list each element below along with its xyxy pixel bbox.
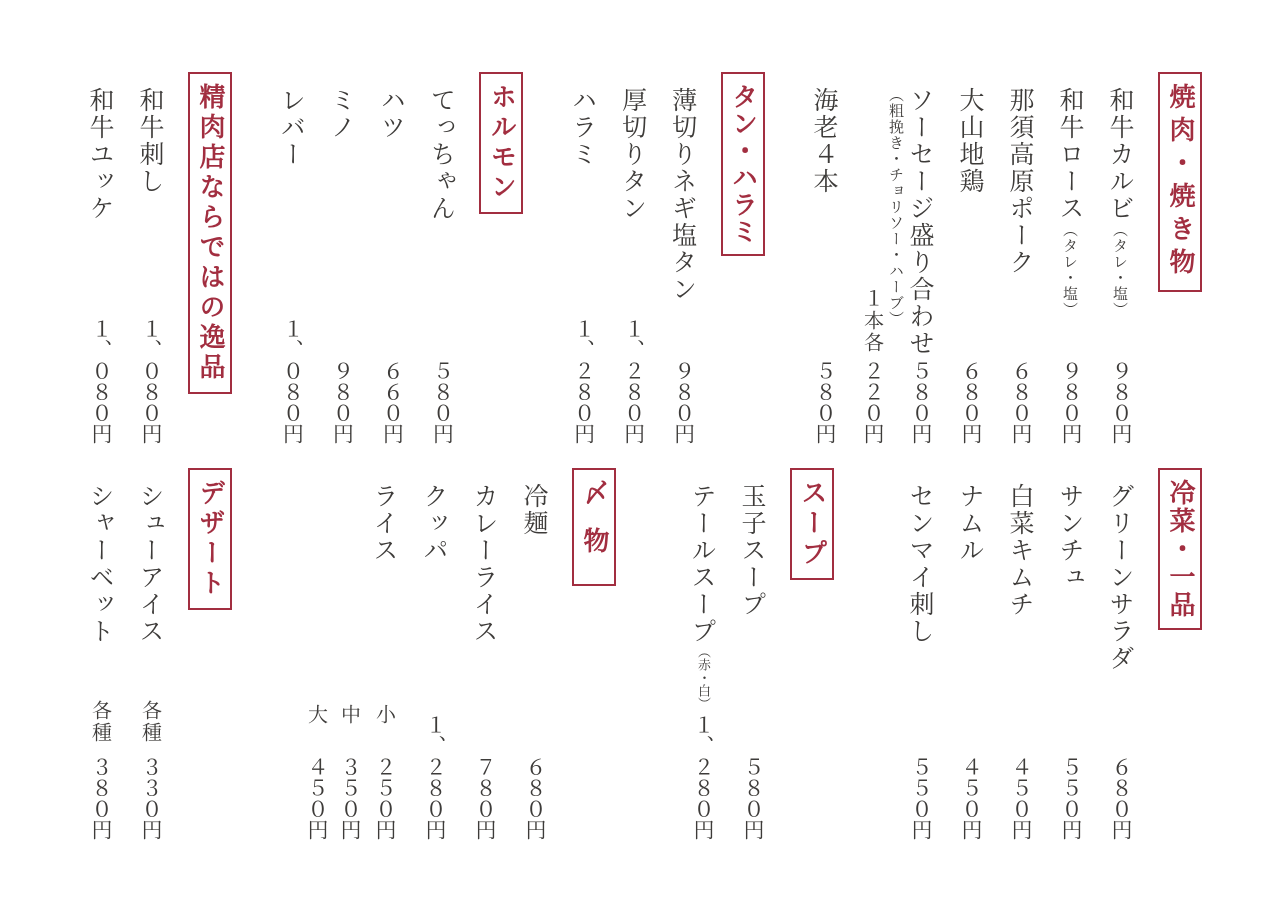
item-price: １、０８０円: [281, 318, 302, 444]
item-name: クッパ: [420, 483, 449, 564]
item-price: ５８０円: [742, 756, 763, 840]
section-reisai: 冷菜・一品 グリーンサラダ ６８０円 サンチュ ５５０円 白菜キムチ ４５０円 …: [908, 468, 1202, 840]
item-note: （赤・白）: [695, 645, 710, 710]
unit-label: １本各: [862, 288, 882, 354]
item-name: 玉子スープ: [738, 483, 767, 618]
item-name: 和牛カルビ: [1106, 87, 1135, 222]
item-price: ４５０円: [306, 756, 327, 840]
menu-item: クッパ １、２８０円: [422, 468, 447, 840]
item-price: １、２８０円: [573, 318, 594, 444]
item-name: 和牛刺し: [136, 87, 165, 195]
item-price: ６８０円: [524, 756, 545, 840]
item-price: ６６０円: [381, 360, 402, 444]
item-name: シャーベット: [86, 483, 115, 645]
item-name: 和牛ユッケ: [86, 87, 115, 222]
item-price: ５５０円: [910, 756, 931, 840]
menu-item: テールスープ（赤・白） １、２８０円: [690, 468, 715, 840]
section-header-label: デザート: [195, 479, 225, 599]
menu-top-half: 焼肉・焼き物 和牛カルビ（タレ・塩） ９８０円 和牛ロース（タレ・塩） ９８０円…: [88, 72, 1202, 444]
section-header-yakiniku: 焼肉・焼き物: [1158, 72, 1202, 292]
section-header-soup: スープ: [790, 468, 834, 580]
menu-page: 焼肉・焼き物 和牛カルビ（タレ・塩） ９８０円 和牛ロース（タレ・塩） ９８０円…: [0, 0, 1280, 904]
section-seinikuten: 精肉店ならではの逸品 和牛刺し １、０８０円 和牛ユッケ １、０８０円: [88, 72, 232, 444]
item-name: 大山地鶏: [956, 87, 985, 195]
menu-item: センマイ刺し ５５０円: [908, 468, 933, 840]
item-price: ５８０円: [910, 360, 931, 444]
item-price: ６８０円: [960, 360, 981, 444]
item-unit-price-column: １本各 ２２０円: [862, 72, 883, 444]
item-name: ナムル: [956, 483, 985, 564]
item-name: 冷麺: [520, 483, 549, 537]
menu-item: カレーライス ７８０円: [472, 468, 497, 840]
section-header-label: スープ: [797, 479, 827, 569]
item-price: ４５０円: [960, 756, 981, 840]
item-name: センマイ刺し: [906, 483, 935, 645]
section-header-label: 冷菜・一品: [1165, 479, 1195, 619]
section-header-label: 〆物: [579, 479, 609, 575]
section-dessert: デザート シューアイス 各種 ３３０円 シャーベット 各種 ３８０円: [88, 468, 232, 840]
section-header-reisai: 冷菜・一品: [1158, 468, 1202, 630]
item-name: レバー: [277, 87, 306, 168]
menu-item: シャーベット 各種 ３８０円: [88, 468, 113, 840]
item-price: ５５０円: [1060, 756, 1081, 840]
item-name: ハラミ: [569, 87, 598, 168]
section-yakiniku: 焼肉・焼き物 和牛カルビ（タレ・塩） ９８０円 和牛ロース（タレ・塩） ９８０円…: [812, 72, 1202, 444]
item-name: 厚切りタン: [619, 87, 648, 222]
section-header-tan-harami: タン・ハラミ: [721, 72, 765, 256]
section-header-label: ホルモン: [486, 83, 516, 203]
item-price: ４５０円: [1010, 756, 1031, 840]
menu-item: シューアイス 各種 ３３０円: [138, 468, 163, 840]
item-name: ライス: [370, 483, 399, 564]
menu-item: 海老４本 ５８０円: [812, 72, 837, 444]
item-price: ６８０円: [1010, 360, 1031, 444]
menu-item: 那須高原ポーク ６８０円: [1008, 72, 1033, 444]
size-label: 大: [307, 704, 327, 726]
item-price: ９８０円: [1060, 360, 1081, 444]
menu-item: ハツ ６６０円: [379, 72, 404, 444]
section-horumon: ホルモン てっちゃん ５８０円 ハツ ６６０円 ミノ ９８０円 レバー １、０８…: [279, 72, 523, 444]
menu-item: ライス 小 ２５０円: [372, 468, 397, 840]
menu-item: 薄切りネギ塩タン ９８０円: [671, 72, 696, 444]
rice-size-column: 中 ３５０円: [339, 468, 360, 840]
item-price: １、２８０円: [623, 318, 644, 444]
item-name: 白菜キムチ: [1006, 483, 1035, 618]
menu-item: レバー １、０８０円: [279, 72, 304, 444]
section-header-label: 焼肉・焼き物: [1165, 83, 1195, 281]
menu-item: 和牛刺し １、０８０円: [138, 72, 163, 444]
item-variant-note-column: （粗挽き・チョリソー・ハーブ）: [888, 72, 903, 444]
item-price: ２５０円: [374, 756, 395, 840]
item-price: ５８０円: [814, 360, 835, 444]
item-name: グリーンサラダ: [1106, 483, 1135, 672]
rice-size-column: 大 ４５０円: [306, 468, 327, 840]
item-name: 和牛ロース: [1056, 87, 1085, 222]
item-price: １、２８０円: [424, 714, 445, 840]
menu-item: 白菜キムチ ４５０円: [1008, 468, 1033, 840]
size-label: 中: [340, 704, 360, 726]
unit-price: ２２０円: [862, 360, 883, 444]
item-name: 薄切りネギ塩タン: [669, 87, 698, 303]
menu-item: 和牛ユッケ １、０８０円: [88, 72, 113, 444]
menu-item: 和牛カルビ（タレ・塩） ９８０円: [1108, 72, 1133, 444]
menu-item: てっちゃん ５８０円: [429, 72, 454, 444]
item-price: １、２８０円: [692, 714, 713, 840]
item-name: ハツ: [377, 87, 406, 141]
menu-item: サンチュ ５５０円: [1058, 468, 1083, 840]
qualifier-label: 各種: [91, 700, 111, 744]
item-note: （タレ・塩）: [1111, 222, 1129, 318]
menu-item: 和牛ロース（タレ・塩） ９８０円: [1058, 72, 1083, 444]
section-header-seinikuten: 精肉店ならではの逸品: [188, 72, 232, 394]
section-soup: スープ 玉子スープ ５８０円 テールスープ（赤・白） １、２８０円: [690, 468, 834, 840]
item-price: １、０８０円: [90, 318, 111, 444]
item-name: シューアイス: [136, 483, 165, 645]
menu-item: 厚切りタン １、２８０円: [621, 72, 646, 444]
size-label: 小: [375, 704, 395, 726]
section-header-label: タン・ハラミ: [728, 83, 758, 245]
item-name: てっちゃん: [427, 87, 456, 222]
qualifier-label: 各種: [141, 700, 161, 744]
item-name: 那須高原ポーク: [1006, 87, 1035, 276]
item-price: ６８０円: [1110, 756, 1131, 840]
section-header-label: 精肉店ならではの逸品: [195, 83, 225, 383]
menu-item: 冷麺 ６８０円: [522, 468, 547, 840]
item-price: ９８０円: [331, 360, 352, 444]
menu-item: グリーンサラダ ６８０円: [1108, 468, 1133, 840]
section-header-dessert: デザート: [188, 468, 232, 610]
menu-item: ハラミ １、２８０円: [571, 72, 596, 444]
item-name: ソーセージ盛り合わせ: [906, 87, 935, 357]
menu-item: ソーセージ盛り合わせ ５８０円: [908, 72, 933, 444]
item-name: 海老４本: [810, 87, 839, 195]
item-price: ３８０円: [90, 756, 111, 840]
menu-item-rice-group: ライス 小 ２５０円 中 ３５０円 大 ４５０円: [306, 468, 397, 840]
menu-bottom-half: 冷菜・一品 グリーンサラダ ６８０円 サンチュ ５５０円 白菜キムチ ４５０円 …: [88, 468, 1202, 840]
item-name: ミノ: [327, 87, 356, 141]
section-shime: 〆物 冷麺 ６８０円 カレーライス ７８０円 クッパ １、２８０円 ライス 小 …: [306, 468, 616, 840]
item-price: ３５０円: [339, 756, 360, 840]
menu-item: 玉子スープ ５８０円: [740, 468, 765, 840]
item-price: ９８０円: [1110, 360, 1131, 444]
item-price: ５８０円: [431, 360, 452, 444]
menu-item-sausage-group: ソーセージ盛り合わせ ５８０円 （粗挽き・チョリソー・ハーブ） １本各 ２２０円: [862, 72, 933, 444]
section-tan-harami: タン・ハラミ 薄切りネギ塩タン ９８０円 厚切りタン １、２８０円 ハラミ １、…: [571, 72, 765, 444]
item-price: ９８０円: [673, 360, 694, 444]
item-price: １、０８０円: [140, 318, 161, 444]
item-price: ３３０円: [140, 756, 161, 840]
menu-item: 大山地鶏 ６８０円: [958, 72, 983, 444]
section-header-horumon: ホルモン: [479, 72, 523, 214]
item-name: テールスープ: [688, 483, 717, 645]
menu-item: ミノ ９８０円: [329, 72, 354, 444]
item-note: （タレ・塩）: [1061, 222, 1079, 318]
item-name: サンチュ: [1056, 483, 1085, 591]
section-header-shime: 〆物: [572, 468, 616, 586]
item-price: ７８０円: [474, 756, 495, 840]
menu-item: ナムル ４５０円: [958, 468, 983, 840]
item-name: カレーライス: [470, 483, 499, 645]
item-variant-note: （粗挽き・チョリソー・ハーブ）: [888, 87, 903, 327]
